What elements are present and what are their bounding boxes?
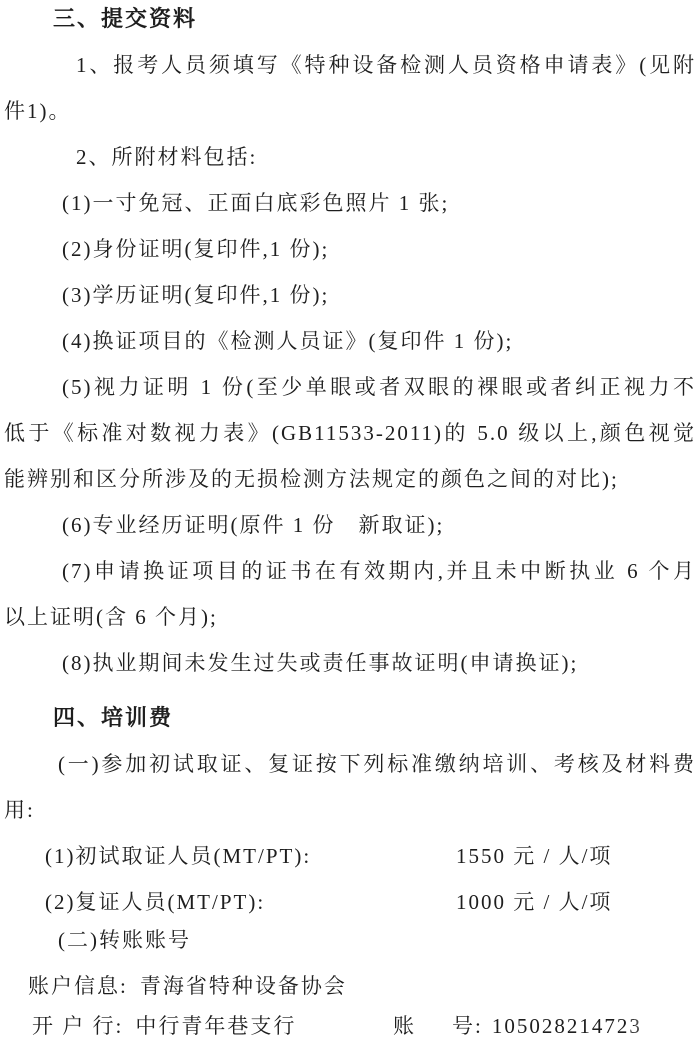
attachment-item-6: (6)专业经历证明(原件 1 份 新取证); [4,502,696,548]
account-name-label: 账户信息: [28,974,128,998]
bank-row: 开 户 行:中行青年巷支行 账号:105028214723 [4,1003,696,1043]
attachment-item-7-line1: (7)申请换证项目的证书在有效期内,并且未中断执业 6 个月 [4,548,696,594]
attachment-item-2: (2)身份证明(复印件,1 份); [4,226,696,272]
fee-row-renewal-label: (2)复证人员(MT/PT): [45,890,265,914]
attachment-item-1: (1)一寸免冠、正面白底彩色照片 1 张; [4,180,696,226]
sec3-p1-line2: 件1)。 [4,88,696,134]
bank-label: 开 户 行: [32,1014,123,1038]
account-number-label-1: 账 [393,1014,416,1038]
attachment-item-5-line3: 能辨别和区分所涉及的无损检测方法规定的颜色之间的对比); [4,456,696,502]
bank-value: 中行青年巷支行 [135,1014,296,1038]
account-number-group: 账号:105028214723 [393,1003,642,1043]
sec4-intro-line2: 用: [4,787,696,833]
account-number-value: 105028214723 [492,1014,642,1038]
document-body: 三、提交资料 1、报考人员须填写《特种设备检测人员资格申请表》(见附 件1)。 … [4,0,696,1043]
attachment-item-7-line2: 以上证明(含 6 个月); [4,594,696,640]
fee-row-renewal-price: 1000 元 / 人/项 [456,879,612,925]
fee-row-initial: (1)初试取证人员(MT/PT): 1550 元 / 人/项 [4,833,696,879]
attachment-item-5-line2: 低于《标准对数视力表》(GB11533-2011)的 5.0 级以上,颜色视觉 [4,410,696,456]
sec3-p2: 2、所附材料包括: [4,134,696,180]
sec4-intro-line1: (一)参加初试取证、复证按下列标准缴纳培训、考核及材料费 [4,741,696,787]
attachment-item-8: (8)执业期间未发生过失或责任事故证明(申请换证); [4,640,696,686]
document-page: 三、提交资料 1、报考人员须填写《特种设备检测人员资格申请表》(见附 件1)。 … [0,0,700,1043]
attachment-item-3: (3)学历证明(复印件,1 份); [4,272,696,318]
sec4-heading: 四、培训费 [4,695,696,741]
attachment-item-4: (4)换证项目的《检测人员证》(复印件 1 份); [4,318,696,364]
attachment-item-5-line1: (5)视力证明 1 份(至少单眼或者双眼的裸眼或者纠正视力不 [4,364,696,410]
account-number-label-2: 号: [452,1014,483,1038]
account-name-value: 青海省特种设备协会 [140,974,347,998]
fee-row-initial-price: 1550 元 / 人/项 [456,833,612,879]
sec3-p1-line1: 1、报考人员须填写《特种设备检测人员资格申请表》(见附 [4,42,696,88]
sec3-heading: 三、提交资料 [4,0,696,42]
fee-row-initial-label: (1)初试取证人员(MT/PT): [45,844,311,868]
fee-row-renewal: (2)复证人员(MT/PT): 1000 元 / 人/项 [4,879,696,925]
